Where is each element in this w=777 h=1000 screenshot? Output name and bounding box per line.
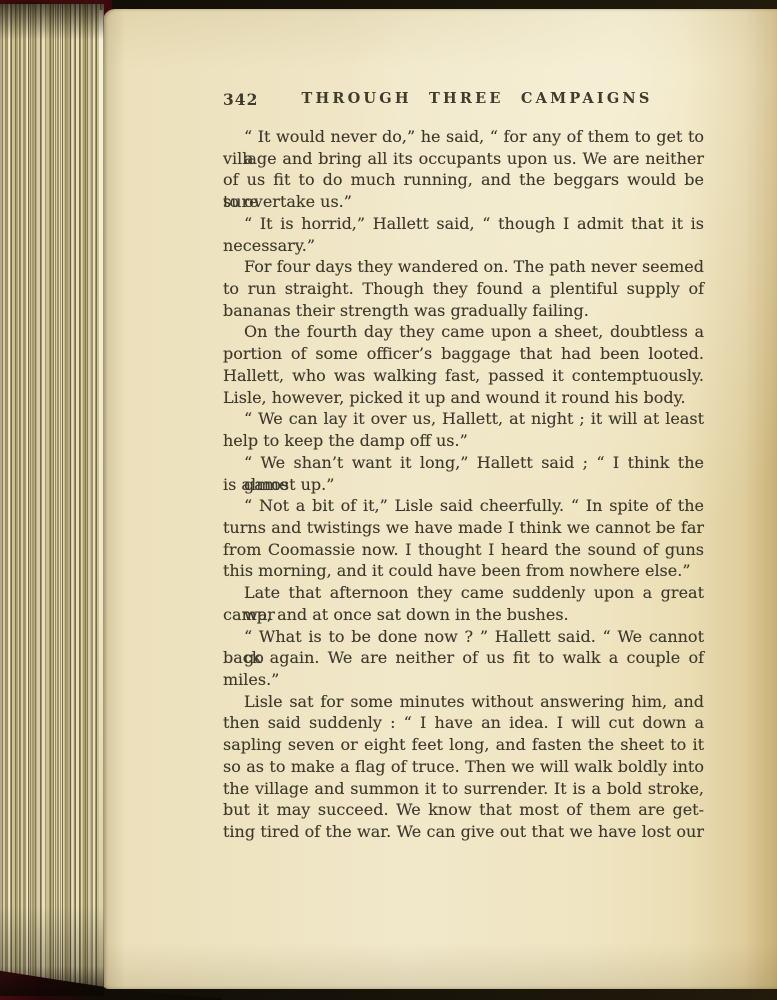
text-line: ting tired of the war. We can give out t… bbox=[223, 821, 704, 843]
paragraph: On the fourth day they came upon a sheet… bbox=[223, 321, 704, 408]
paragraph: Late that afternoon they came suddenly u… bbox=[223, 582, 704, 625]
running-title: THROUGH THREE CAMPAIGNS bbox=[237, 90, 717, 107]
text-line: this morning, and it could have been fro… bbox=[223, 560, 704, 582]
text-line: “ What is to be done now ? ” Hallett sai… bbox=[223, 626, 704, 648]
paragraph: “ We shan’t want it long,” Hallett said … bbox=[223, 452, 704, 495]
page-text: “ It would never do,” he said, “ for any… bbox=[223, 126, 704, 843]
text-line: “ Not a bit of it,” Lisle said cheerfull… bbox=[223, 495, 704, 517]
text-line: bananas their strength was gradually fai… bbox=[223, 300, 704, 322]
text-line: On the fourth day they came upon a sheet… bbox=[223, 321, 704, 343]
text-line: portion of some officer’s baggage that h… bbox=[223, 343, 704, 365]
text-line: Late that afternoon they came suddenly u… bbox=[223, 582, 704, 604]
paragraph: “ Not a bit of it,” Lisle said cheerfull… bbox=[223, 495, 704, 582]
paragraph: “ It is horrid,” Hallett said, “ though … bbox=[223, 213, 704, 256]
text-line: of us fit to do much running, and the be… bbox=[223, 169, 704, 191]
text-line: “ It is horrid,” Hallett said, “ though … bbox=[223, 213, 704, 235]
text-line: but it may succeed. We know that most of… bbox=[223, 799, 704, 821]
text-line: Lisle sat for some minutes without answe… bbox=[223, 691, 704, 713]
text-line: so as to make a flag of truce. Then we w… bbox=[223, 756, 704, 778]
text-line: For four days they wandered on. The path… bbox=[223, 256, 704, 278]
text-line: sapling seven or eight feet long, and fa… bbox=[223, 734, 704, 756]
page-header: 342 THROUGH THREE CAMPAIGNS bbox=[223, 90, 703, 108]
text-line: miles.” bbox=[223, 669, 704, 691]
paragraph: “ What is to be done now ? ” Hallett sai… bbox=[223, 626, 704, 691]
paragraph: Lisle sat for some minutes without answe… bbox=[223, 691, 704, 843]
text-line: Lisle, however, picked it up and wound i… bbox=[223, 387, 704, 409]
text-line: “ It would never do,” he said, “ for any… bbox=[223, 126, 704, 148]
paragraph: “ It would never do,” he said, “ for any… bbox=[223, 126, 704, 213]
text-line: the village and summon it to surrender. … bbox=[223, 778, 704, 800]
book-scan: 342 THROUGH THREE CAMPAIGNS “ It would n… bbox=[0, 0, 777, 1000]
text-line: necessary.” bbox=[223, 235, 704, 257]
text-line: then said suddenly : “ I have an idea. I… bbox=[223, 712, 704, 734]
text-line: turns and twistings we have made I think… bbox=[223, 517, 704, 539]
text-line: “ We shan’t want it long,” Hallett said … bbox=[223, 452, 704, 474]
text-line: Hallett, who was walking fast, passed it… bbox=[223, 365, 704, 387]
text-line: village and bring all its occupants upon… bbox=[223, 148, 704, 170]
text-line: “ We can lay it over us, Hallett, at nig… bbox=[223, 408, 704, 430]
text-line: is almost up.” bbox=[223, 474, 704, 496]
book-page-edges bbox=[0, 4, 104, 996]
text-line: from Coomassie now. I thought I heard th… bbox=[223, 539, 704, 561]
text-line: help to keep the damp off us.” bbox=[223, 430, 704, 452]
text-line: camp, and at once sat down in the bushes… bbox=[223, 604, 704, 626]
text-line: to overtake us.” bbox=[223, 191, 704, 213]
paragraph: “ We can lay it over us, Hallett, at nig… bbox=[223, 408, 704, 451]
paragraph: For four days they wandered on. The path… bbox=[223, 256, 704, 321]
text-line: to run straight. Though they found a ple… bbox=[223, 278, 704, 300]
book-page: 342 THROUGH THREE CAMPAIGNS “ It would n… bbox=[103, 9, 777, 989]
text-line: back again. We are neither of us fit to … bbox=[223, 647, 704, 669]
